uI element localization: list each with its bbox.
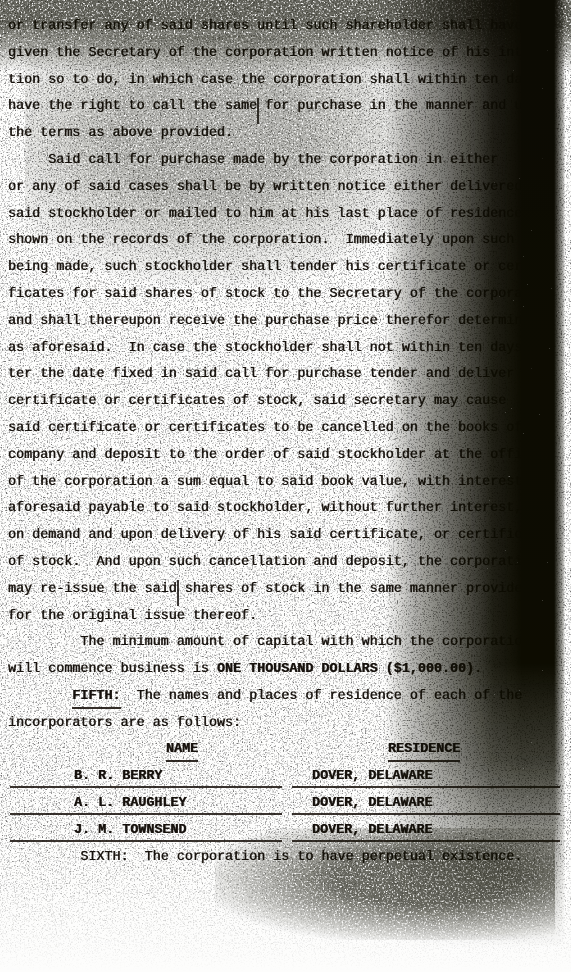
text-line: certificate or certificates of stock, sa… bbox=[8, 389, 566, 416]
text-line: said certificate or certificates to be c… bbox=[8, 416, 566, 443]
table-row: B. R. BERRY DOVER, DELAWARE bbox=[8, 764, 566, 791]
text-line: tion so to do, in which case the corpora… bbox=[8, 68, 566, 95]
text-line: for the original issue thereof. bbox=[8, 604, 566, 631]
scan-crease-mark bbox=[257, 98, 259, 124]
body-paragraph-lines: or transfer any of said shares until suc… bbox=[8, 14, 566, 657]
incorporator-name: J. M. TOWNSEND bbox=[10, 818, 282, 842]
capital-clause-line: will commence business is ONE THOUSAND D… bbox=[8, 657, 566, 684]
capital-clause-prefix: will commence business is bbox=[8, 662, 217, 677]
incorporator-residence: DOVER, DELAWARE bbox=[292, 764, 560, 788]
text-line: ter the date fixed in said call for purc… bbox=[8, 362, 566, 389]
text-line: shown on the records of the corporation.… bbox=[8, 228, 566, 255]
sixth-article-label: SIXTH: bbox=[80, 850, 128, 865]
table-row: A. L. RAUGHLEY DOVER, DELAWARE bbox=[8, 791, 566, 818]
sixth-indent bbox=[8, 850, 80, 865]
sixth-article-text: The corporation is to have perpetual exi… bbox=[129, 850, 523, 865]
incorporator-residence: DOVER, DELAWARE bbox=[292, 818, 560, 842]
capital-clause-suffix: . bbox=[474, 662, 482, 677]
sixth-article-line: SIXTH: The corporation is to have perpet… bbox=[8, 845, 566, 872]
text-line: may re-issue the said shares of stock in… bbox=[8, 577, 566, 604]
document-text: or transfer any of said shares until suc… bbox=[8, 14, 566, 872]
text-line: ficates for said shares of stock to the … bbox=[8, 282, 566, 309]
incorporator-residence: DOVER, DELAWARE bbox=[292, 791, 560, 815]
text-line: the terms as above provided. bbox=[8, 121, 566, 148]
fifth-article-line: FIFTH: The names and places of residence… bbox=[8, 684, 566, 711]
text-line: and shall thereupon receive the purchase… bbox=[8, 309, 566, 336]
text-line: have the right to call the same for purc… bbox=[8, 94, 566, 121]
scanned-document-page: or transfer any of said shares until suc… bbox=[0, 0, 571, 972]
text-line: of stock. And upon such cancellation and… bbox=[8, 550, 566, 577]
text-line: said stockholder or mailed to him at his… bbox=[8, 202, 566, 229]
capital-amount: ONE THOUSAND DOLLARS ($1,000.00) bbox=[217, 662, 474, 677]
table-row: J. M. TOWNSEND DOVER, DELAWARE bbox=[8, 818, 566, 845]
residence-column-header: RESIDENCE bbox=[388, 740, 460, 762]
name-column-header: NAME bbox=[166, 740, 198, 762]
text-line: given the Secretary of the corporation w… bbox=[8, 41, 566, 68]
text-line: on demand and upon delivery of his said … bbox=[8, 523, 566, 550]
scan-crease-mark bbox=[177, 580, 179, 606]
text-line: company and deposit to the order of said… bbox=[8, 443, 566, 470]
incorporators-line: incorporators are as follows: bbox=[8, 711, 566, 738]
text-line: or any of said cases shall be by written… bbox=[8, 175, 566, 202]
text-line: being made, such stockholder shall tende… bbox=[8, 255, 566, 282]
text-line: as aforesaid. In case the stockholder sh… bbox=[8, 336, 566, 363]
text-line: or transfer any of said shares until suc… bbox=[8, 14, 566, 41]
fifth-article-label: FIFTH: bbox=[72, 687, 120, 709]
text-line: The minimum amount of capital with which… bbox=[8, 630, 566, 657]
text-line: Said call for purchase made by the corpo… bbox=[8, 148, 566, 175]
text-line: aforesaid payable to said stockholder, w… bbox=[8, 496, 566, 523]
fifth-article-text: The names and places of residence of eac… bbox=[121, 689, 523, 704]
incorporators-table-header: NAME RESIDENCE bbox=[8, 738, 566, 765]
fifth-indent bbox=[8, 689, 72, 704]
text-line: of the corporation a sum equal to said b… bbox=[8, 470, 566, 497]
